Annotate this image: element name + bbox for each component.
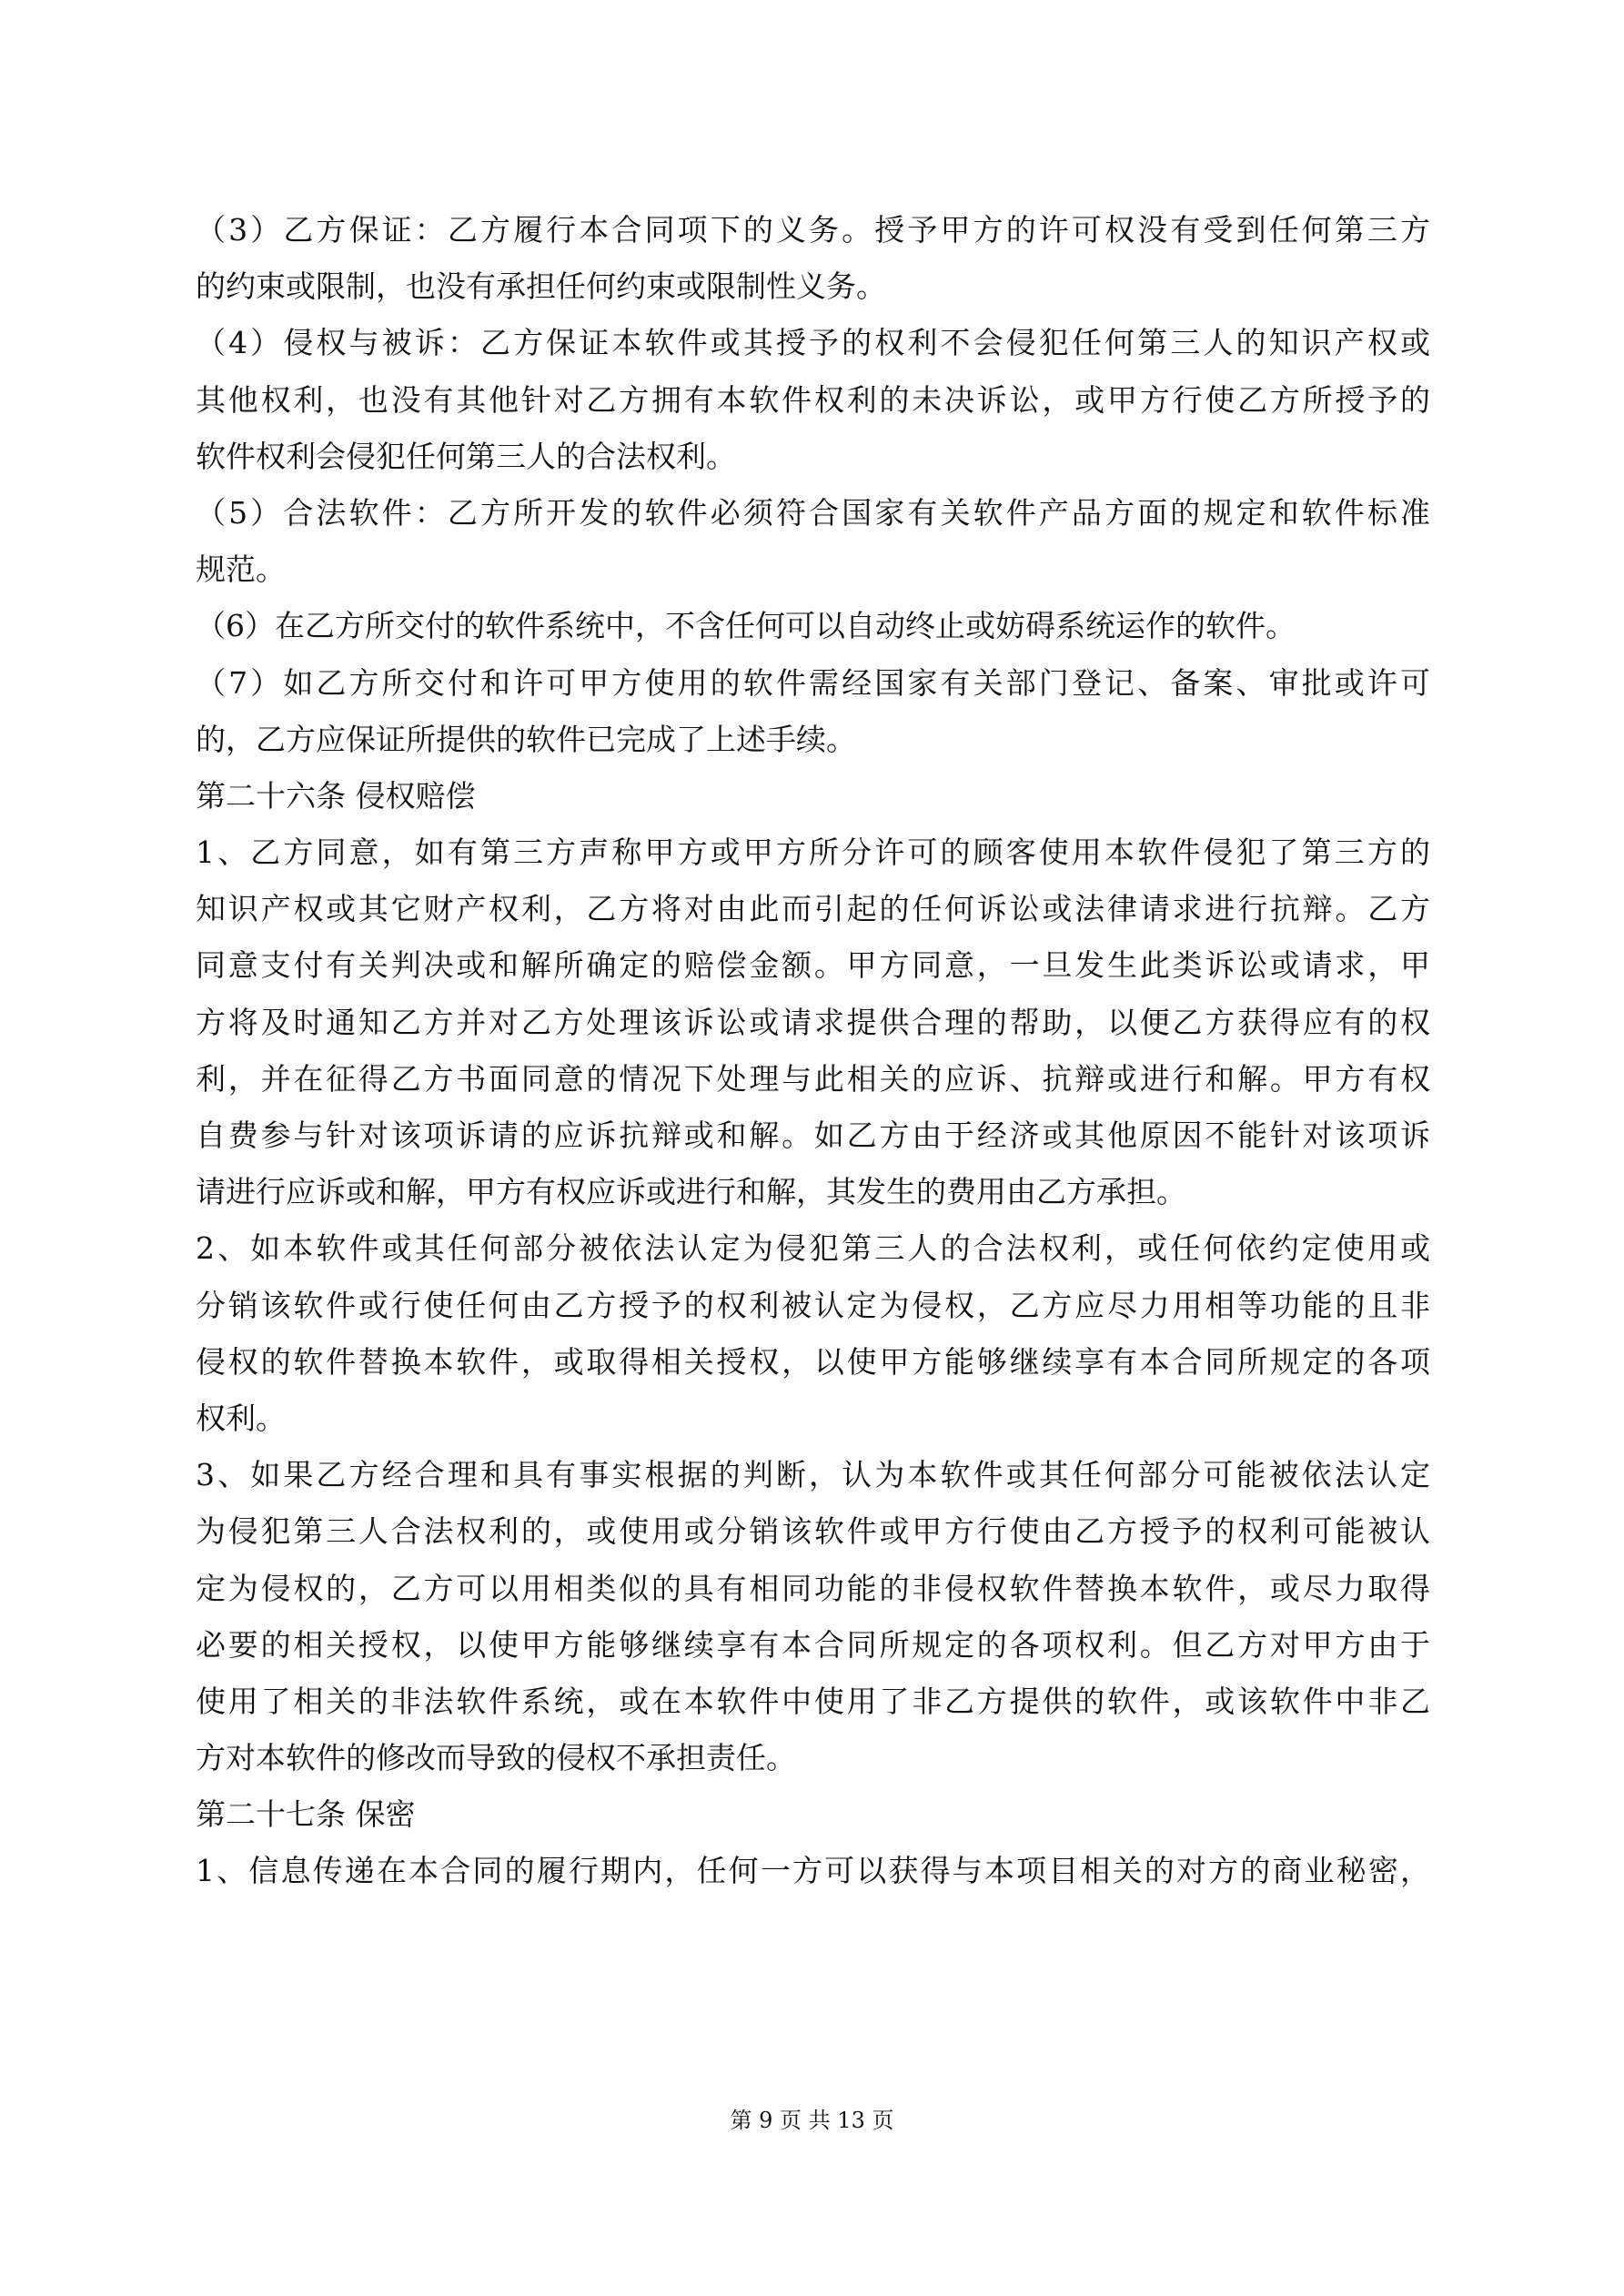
text-line: 软件权利会侵犯任何第三人的合法权利。 [196,429,1433,485]
text-line: 2、如本软件或其任何部分被依法认定为侵犯第三人的合法权利，或任何依约定使用或 [196,1220,1430,1277]
page-footer: 第 9 页 共 13 页 [0,2102,1624,2134]
text-line: 3、如果乙方经合理和具有事实根据的判断，认为本软件或其任何部分可能被依法认定 [196,1447,1430,1503]
text-line: 1、信息传递在本合同的履行期内，任何一方可以获得与本项目相关的对方的商业秘密， [196,1843,1430,1899]
text-line: 第二十七条 保密 [196,1786,1433,1843]
text-line: 利，并在征得乙方书面同意的情况下处理与此相关的应诉、抗辩或进行和解。甲方有权 [196,1051,1430,1108]
text-line: 为侵犯第三人合法权利的，或使用或分销该软件或甲方行使由乙方授予的权利可能被认 [196,1503,1430,1560]
text-line: 同意支付有关判决或和解所确定的赔偿金额。甲方同意，一旦发生此类诉讼或请求，甲 [196,937,1430,994]
text-line: 第二十六条 侵权赔偿 [196,768,1433,824]
text-line: 的约束或限制，也没有承担任何约束或限制性义务。 [196,258,1433,315]
text-line: 侵权的软件替换本软件，或取得相关授权，以使甲方能够继续享有本合同所规定的各项 [196,1334,1430,1391]
text-line: 权利。 [196,1391,1433,1447]
text-line: 的，乙方应保证所提供的软件已完成了上述手续。 [196,712,1433,768]
text-line: 知识产权或其它财产权利，乙方将对由此而引起的任何诉讼或法律请求进行抗辩。乙方 [196,881,1430,937]
text-line: 方将及时通知乙方并对乙方处理该诉讼或请求提供合理的帮助，以便乙方获得应有的权 [196,995,1430,1051]
text-line: 其他权利，也没有其他针对乙方拥有本软件权利的未决诉讼，或甲方行使乙方所授予的 [196,372,1430,429]
text-line: （3）乙方保证：乙方履行本合同项下的义务。授予甲方的许可权没有受到任何第三方 [196,202,1430,258]
text-line: 定为侵权的，乙方可以用相类似的具有相同功能的非侵权软件替换本软件，或尽力取得 [196,1561,1430,1617]
text-line: 自费参与针对该项诉请的应诉抗辩或和解。如乙方由于经济或其他原因不能针对该项诉 [196,1108,1430,1164]
document-page: （3）乙方保证：乙方履行本合同项下的义务。授予甲方的许可权没有受到任何第三方的约… [0,0,1624,2296]
text-line: 使用了相关的非法软件系统，或在本软件中使用了非乙方提供的软件，或该软件中非乙 [196,1674,1430,1730]
document-body: （3）乙方保证：乙方履行本合同项下的义务。授予甲方的许可权没有受到任何第三方的约… [196,202,1433,1900]
text-line: （6）在乙方所交付的软件系统中，不含任何可以自动终止或妨碍系统运作的软件。 [196,598,1433,654]
text-line: 请进行应诉或和解，甲方有权应诉或进行和解，其发生的费用由乙方承担。 [196,1164,1433,1220]
text-line: 方对本软件的修改而导致的侵权不承担责任。 [196,1730,1433,1786]
text-line: （5）合法软件：乙方所开发的软件必须符合国家有关软件产品方面的规定和软件标准 [196,485,1430,541]
text-line: （7）如乙方所交付和许可甲方使用的软件需经国家有关部门登记、备案、审批或许可 [196,655,1430,712]
text-line: （4）侵权与被诉：乙方保证本软件或其授予的权利不会侵犯任何第三人的知识产权或 [196,315,1430,371]
text-line: 1、乙方同意，如有第三方声称甲方或甲方所分许可的顾客使用本软件侵犯了第三方的 [196,824,1430,881]
page-number-label: 第 9 页 共 13 页 [731,2108,894,2133]
text-line: 规范。 [196,541,1433,598]
text-line: 分销该软件或行使任何由乙方授予的权利被认定为侵权，乙方应尽力用相等功能的且非 [196,1278,1430,1334]
text-line: 必要的相关授权，以使甲方能够继续享有本合同所规定的各项权利。但乙方对甲方由于 [196,1617,1430,1674]
